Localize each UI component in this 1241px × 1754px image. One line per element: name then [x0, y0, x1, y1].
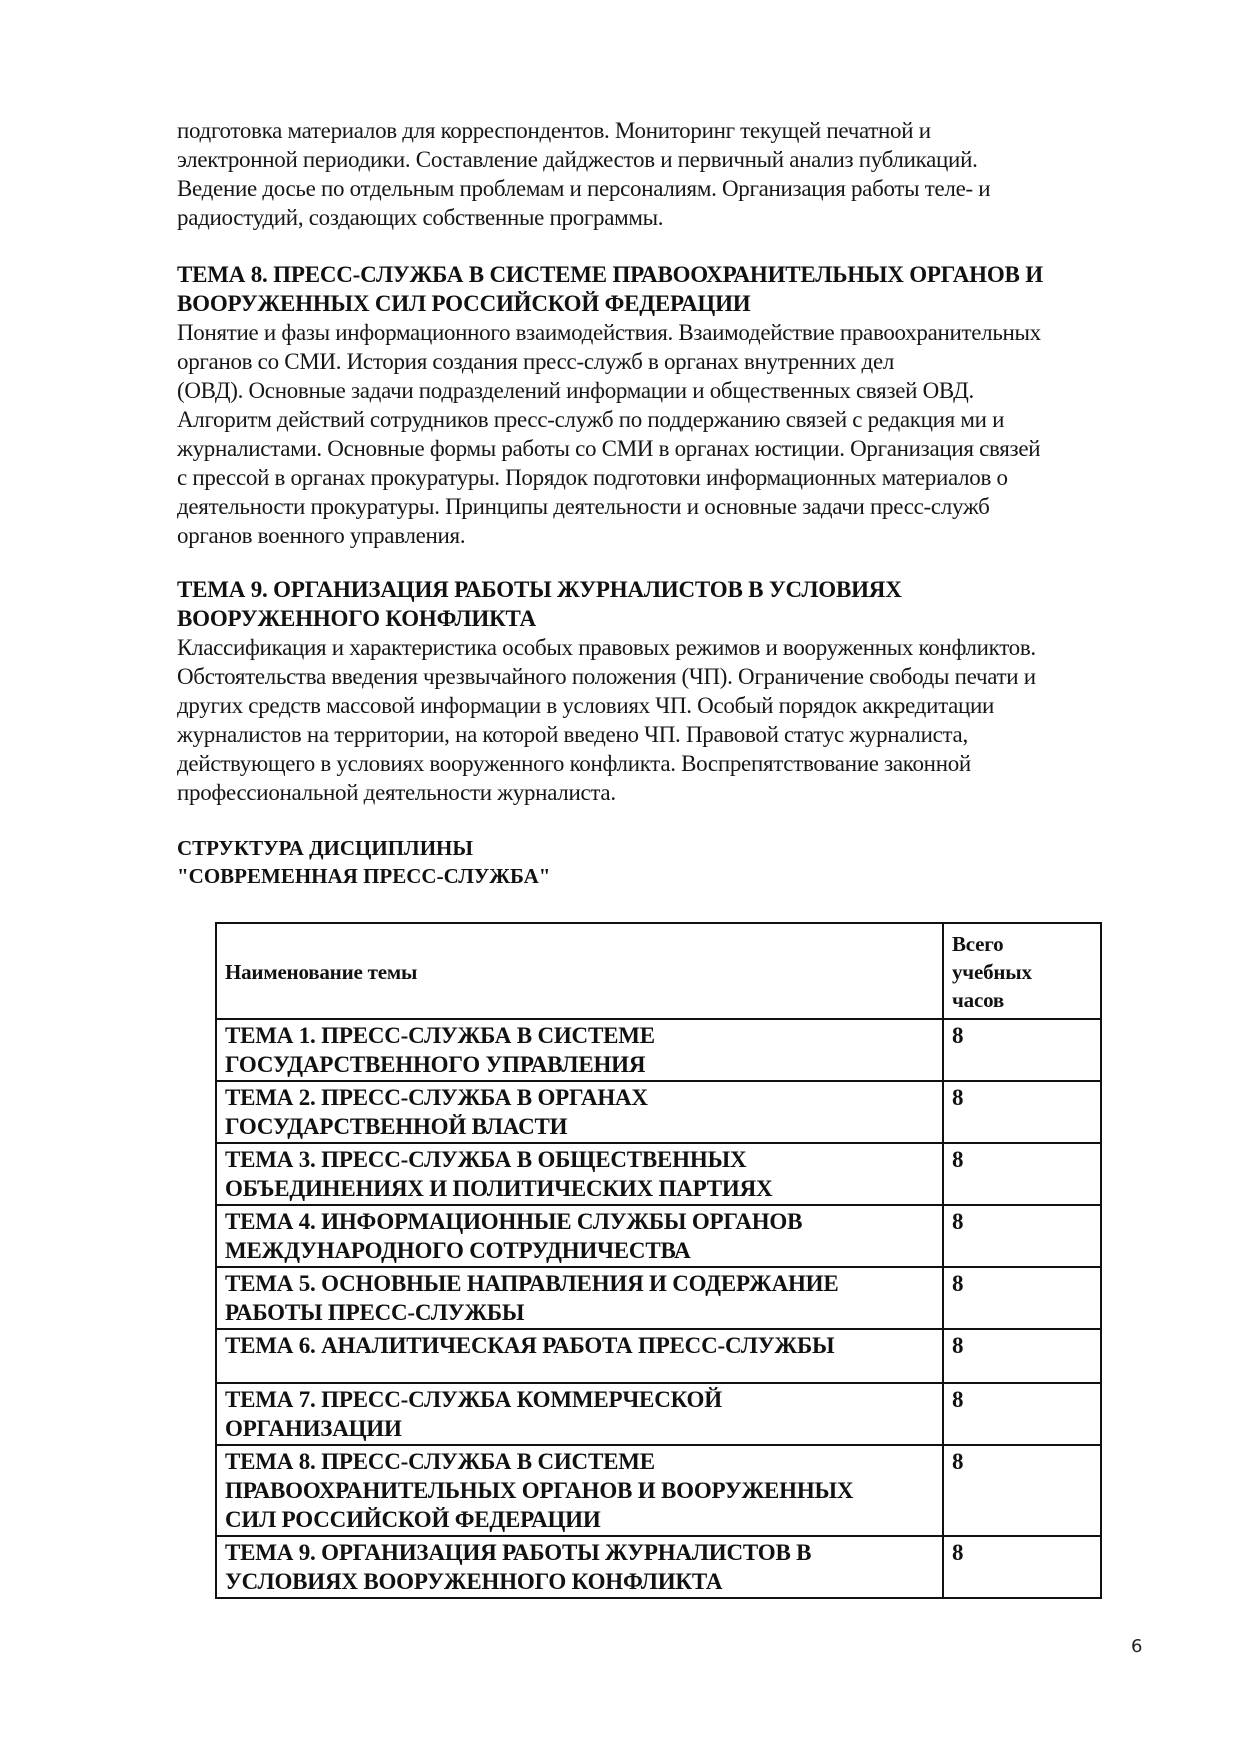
table-row: ТЕМА 5. ОСНОВНЫЕ НАПРАВЛЕНИЯ И СОДЕРЖАНИ…	[216, 1267, 1101, 1329]
text-line: Алгоритм действий сотрудников пресс-служ…	[177, 405, 1157, 434]
topic-name-line: ТЕМА 6. АНАЛИТИЧЕСКАЯ РАБОТА ПРЕСС-СЛУЖБ…	[225, 1331, 934, 1360]
text-line: Ведение досье по отдельным проблемам и п…	[177, 174, 1157, 203]
topic-name-cell: ТЕМА 8. ПРЕСС-СЛУЖБА В СИСТЕМЕПРАВООХРАН…	[216, 1445, 943, 1536]
topic-name-cell: ТЕМА 9. ОРГАНИЗАЦИЯ РАБОТЫ ЖУРНАЛИСТОВ В…	[216, 1536, 943, 1598]
text-line: органов со СМИ. История создания пресс-с…	[177, 347, 1157, 376]
table-row: ТЕМА 6. АНАЛИТИЧЕСКАЯ РАБОТА ПРЕСС-СЛУЖБ…	[216, 1329, 1101, 1383]
topic-name-cell: ТЕМА 2. ПРЕСС-СЛУЖБА В ОРГАНАХГОСУДАРСТВ…	[216, 1081, 943, 1143]
table-row: ТЕМА 8. ПРЕСС-СЛУЖБА В СИСТЕМЕПРАВООХРАН…	[216, 1445, 1101, 1536]
table-body: ТЕМА 1. ПРЕСС-СЛУЖБА В СИСТЕМЕГОСУДАРСТВ…	[216, 1019, 1101, 1598]
topic-name-line: ГОСУДАРСТВЕННОЙ ВЛАСТИ	[225, 1112, 934, 1141]
text-line: с прессой в органах прокуратуры. Порядок…	[177, 463, 1157, 492]
table-row: ТЕМА 9. ОРГАНИЗАЦИЯ РАБОТЫ ЖУРНАЛИСТОВ В…	[216, 1536, 1101, 1598]
topic-name-cell: ТЕМА 1. ПРЕСС-СЛУЖБА В СИСТЕМЕГОСУДАРСТВ…	[216, 1019, 943, 1081]
section-body-topic-9: Классификация и характеристика особых пр…	[177, 633, 1157, 807]
header-line: учебных	[952, 958, 1092, 986]
section-heading-topic-8: ТЕМА 8. ПРЕСС-СЛУЖБА В СИСТЕМЕ ПРАВООХРА…	[177, 260, 1157, 318]
structure-title-line: СТРУКТУРА ДИСЦИПЛИНЫ	[177, 834, 550, 862]
topic-name-line: ПРАВООХРАНИТЕЛЬНЫХ ОРГАНОВ И ВООРУЖЕННЫХ	[225, 1476, 934, 1505]
heading-line: ВООРУЖЕННЫХ СИЛ РОССИЙСКОЙ ФЕДЕРАЦИИ	[177, 289, 1157, 318]
topic-name-cell: ТЕМА 7. ПРЕСС-СЛУЖБА КОММЕРЧЕСКОЙОРГАНИЗ…	[216, 1383, 943, 1445]
text-line: профессиональной деятельности журналиста…	[177, 778, 1157, 807]
topic-name-line: ТЕМА 5. ОСНОВНЫЕ НАПРАВЛЕНИЯ И СОДЕРЖАНИ…	[225, 1269, 934, 1298]
text-line: деятельности прокуратуры. Принципы деяте…	[177, 492, 1157, 521]
header-line: Всего	[952, 930, 1092, 958]
topic-name-line: ОБЪЕДИНЕНИЯХ И ПОЛИТИЧЕСКИХ ПАРТИЯХ	[225, 1174, 934, 1203]
topic-name-line: ТЕМА 1. ПРЕСС-СЛУЖБА В СИСТЕМЕ	[225, 1021, 934, 1050]
hours-cell: 8	[943, 1019, 1101, 1081]
topic-name-line: СИЛ РОССИЙСКОЙ ФЕДЕРАЦИИ	[225, 1505, 934, 1534]
text-line: других средств массовой информации в усл…	[177, 691, 1157, 720]
heading-line: ТЕМА 9. ОРГАНИЗАЦИЯ РАБОТЫ ЖУРНАЛИСТОВ В…	[177, 575, 1157, 604]
page-number: 6	[1131, 1636, 1142, 1657]
table-row: ТЕМА 3. ПРЕСС-СЛУЖБА В ОБЩЕСТВЕННЫХОБЪЕД…	[216, 1143, 1101, 1205]
hours-cell: 8	[943, 1267, 1101, 1329]
heading-line: ВООРУЖЕННОГО КОНФЛИКТА	[177, 604, 1157, 633]
text-line: журналистами. Основные формы работы со С…	[177, 434, 1157, 463]
hours-cell: 8	[943, 1329, 1101, 1383]
topic-name-line: МЕЖДУНАРОДНОГО СОТРУДНИЧЕСТВА	[225, 1236, 934, 1265]
table-header-row: Наименование темы Всего учебных часов	[216, 923, 1101, 1019]
topic-name-line: ГОСУДАРСТВЕННОГО УПРАВЛЕНИЯ	[225, 1050, 934, 1079]
intro-paragraph: подготовка материалов для корреспонденто…	[177, 116, 1157, 232]
topic-name-cell: ТЕМА 6. АНАЛИТИЧЕСКАЯ РАБОТА ПРЕСС-СЛУЖБ…	[216, 1329, 943, 1383]
text-line: Понятие и фазы информационного взаимодей…	[177, 318, 1157, 347]
structure-title: СТРУКТУРА ДИСЦИПЛИНЫ "СОВРЕМЕННАЯ ПРЕСС-…	[177, 834, 550, 890]
text-line: органов военного управления.	[177, 521, 1157, 550]
topic-name-cell: ТЕМА 3. ПРЕСС-СЛУЖБА В ОБЩЕСТВЕННЫХОБЪЕД…	[216, 1143, 943, 1205]
text-line: Обстоятельства введения чрезвычайного по…	[177, 662, 1157, 691]
text-line: подготовка материалов для корреспонденто…	[177, 116, 1157, 145]
hours-cell: 8	[943, 1205, 1101, 1267]
hours-cell: 8	[943, 1445, 1101, 1536]
text-line: электронной периодики. Составление дайдж…	[177, 145, 1157, 174]
hours-cell: 8	[943, 1383, 1101, 1445]
section-heading-topic-9: ТЕМА 9. ОРГАНИЗАЦИЯ РАБОТЫ ЖУРНАЛИСТОВ В…	[177, 575, 1157, 633]
topic-name-line: ОРГАНИЗАЦИИ	[225, 1414, 934, 1443]
topic-name-cell: ТЕМА 5. ОСНОВНЫЕ НАПРАВЛЕНИЯ И СОДЕРЖАНИ…	[216, 1267, 943, 1329]
discipline-structure-table: Наименование темы Всего учебных часов ТЕ…	[215, 922, 1102, 1599]
table-row: ТЕМА 7. ПРЕСС-СЛУЖБА КОММЕРЧЕСКОЙОРГАНИЗ…	[216, 1383, 1101, 1445]
topic-name-line: РАБОТЫ ПРЕСС-СЛУЖБЫ	[225, 1298, 934, 1327]
hours-cell: 8	[943, 1536, 1101, 1598]
text-line: (ОВД). Основные задачи подразделений инф…	[177, 376, 1157, 405]
topic-name-line: ТЕМА 4. ИНФОРМАЦИОННЫЕ СЛУЖБЫ ОРГАНОВ	[225, 1207, 934, 1236]
text-line: журналистов на территории, на которой вв…	[177, 720, 1157, 749]
topic-name-line: ТЕМА 7. ПРЕСС-СЛУЖБА КОММЕРЧЕСКОЙ	[225, 1385, 934, 1414]
table-row: ТЕМА 4. ИНФОРМАЦИОННЫЕ СЛУЖБЫ ОРГАНОВМЕЖ…	[216, 1205, 1101, 1267]
topic-name-line: ТЕМА 8. ПРЕСС-СЛУЖБА В СИСТЕМЕ	[225, 1447, 934, 1476]
topic-name-line: ТЕМА 2. ПРЕСС-СЛУЖБА В ОРГАНАХ	[225, 1083, 934, 1112]
column-header-topic-name: Наименование темы	[216, 923, 943, 1019]
text-line: действующего в условиях вооруженного кон…	[177, 749, 1157, 778]
text-line: Классификация и характеристика особых пр…	[177, 633, 1157, 662]
heading-line: ТЕМА 8. ПРЕСС-СЛУЖБА В СИСТЕМЕ ПРАВООХРА…	[177, 260, 1157, 289]
topic-name-line: ТЕМА 3. ПРЕСС-СЛУЖБА В ОБЩЕСТВЕННЫХ	[225, 1145, 934, 1174]
topic-name-line: УСЛОВИЯХ ВООРУЖЕННОГО КОНФЛИКТА	[225, 1567, 934, 1596]
hours-cell: 8	[943, 1143, 1101, 1205]
topic-name-line: ТЕМА 9. ОРГАНИЗАЦИЯ РАБОТЫ ЖУРНАЛИСТОВ В	[225, 1538, 934, 1567]
document-page: подготовка материалов для корреспонденто…	[0, 0, 1241, 1754]
topic-name-cell: ТЕМА 4. ИНФОРМАЦИОННЫЕ СЛУЖБЫ ОРГАНОВМЕЖ…	[216, 1205, 943, 1267]
table-row: ТЕМА 1. ПРЕСС-СЛУЖБА В СИСТЕМЕГОСУДАРСТВ…	[216, 1019, 1101, 1081]
structure-title-line: "СОВРЕМЕННАЯ ПРЕСС-СЛУЖБА"	[177, 862, 550, 890]
text-line: радиостудий, создающих собственные прогр…	[177, 203, 1157, 232]
section-body-topic-8: Понятие и фазы информационного взаимодей…	[177, 318, 1157, 550]
table-row: ТЕМА 2. ПРЕСС-СЛУЖБА В ОРГАНАХГОСУДАРСТВ…	[216, 1081, 1101, 1143]
hours-cell: 8	[943, 1081, 1101, 1143]
header-line: часов	[952, 986, 1092, 1014]
column-header-hours: Всего учебных часов	[943, 923, 1101, 1019]
